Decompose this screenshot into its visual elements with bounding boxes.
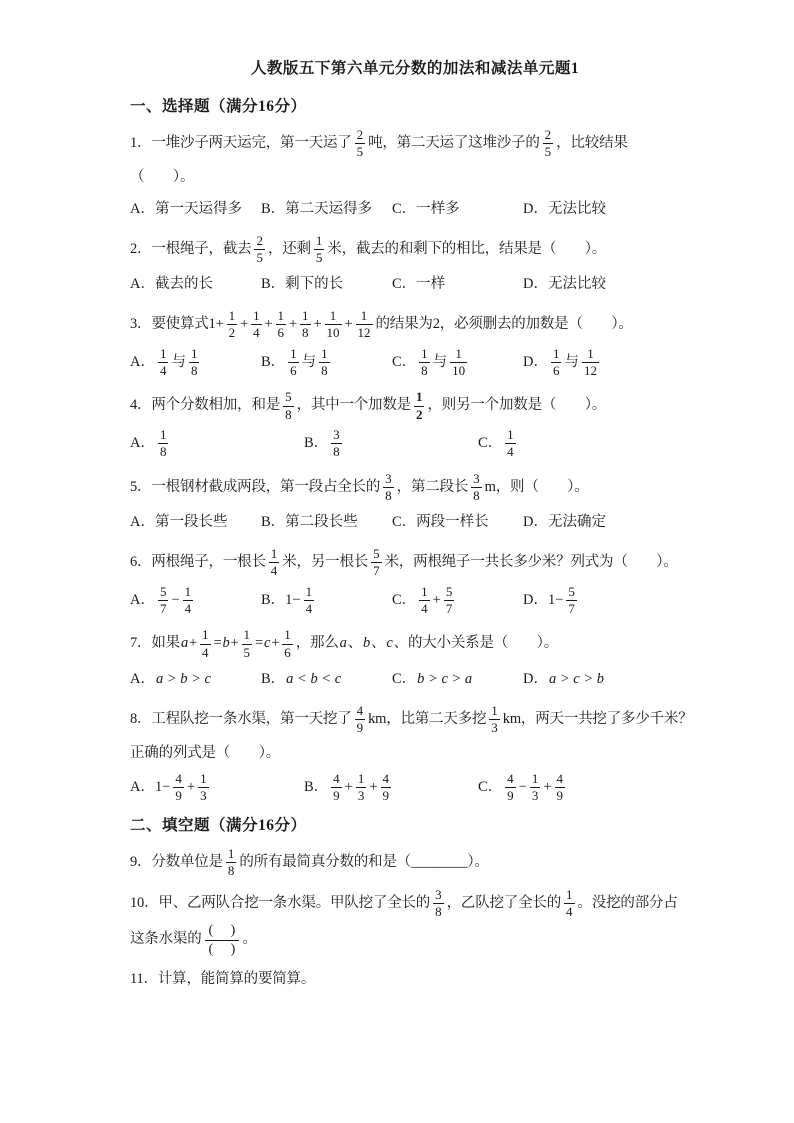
- fraction-denominator: 6: [276, 324, 287, 340]
- worksheet-content: 一、选择题（满分16分）1．一堆沙子两天运完，第一天运了25吨，第二天运了这堆沙…: [130, 94, 700, 994]
- fraction-numerator: 4: [381, 772, 392, 787]
- fraction: 14: [269, 547, 280, 579]
- option-label: A．: [130, 592, 155, 608]
- fraction-denominator: 5: [314, 249, 325, 265]
- option-label: D．: [523, 276, 548, 292]
- math-variable: b: [362, 635, 371, 651]
- fraction-numerator: 4: [173, 772, 184, 787]
- page-title: 人教版五下第六单元分数的加法和减法单元题1: [130, 56, 700, 78]
- option-label: B．: [304, 779, 328, 795]
- fraction: 18: [158, 428, 169, 460]
- option-C: C．14+57: [392, 583, 523, 619]
- fraction: 38: [383, 472, 394, 504]
- option-label: C．: [478, 435, 502, 451]
- fraction-numerator: 1: [288, 347, 299, 362]
- fraction: 13: [356, 772, 367, 804]
- fraction-numerator: 1: [450, 347, 467, 362]
- text-run: 9．分数单位是: [130, 854, 223, 870]
- fraction-denominator: 7: [566, 600, 577, 616]
- math-variable: a > c > b: [548, 671, 605, 687]
- fraction: 14: [183, 585, 194, 617]
- fraction-denominator: 6: [282, 644, 293, 660]
- text-run: ，第二段长: [397, 479, 469, 495]
- math-variable: a: [339, 635, 348, 651]
- text-run: ，其中一个加数是: [297, 398, 411, 414]
- question-line: 9．分数单位是18的所有最简真分数的和是（________）。: [130, 845, 700, 881]
- fraction-denominator: 9: [555, 787, 566, 803]
- text-run: ，还剩: [268, 241, 311, 257]
- option-label: C．: [478, 779, 502, 795]
- fraction: 12: [227, 309, 238, 341]
- fraction-denominator: 8: [189, 362, 200, 378]
- option-label: C．: [392, 514, 416, 530]
- fraction: 14: [200, 628, 211, 660]
- question-line: 7．如果a+14=b+15=c+16，那么a、b、c、的大小关系是（ ）。: [130, 626, 700, 662]
- question-9: 9．分数单位是18的所有最简真分数的和是（________）。: [130, 845, 700, 881]
- fraction: 18: [419, 347, 430, 379]
- fraction-numerator: 1: [419, 585, 430, 600]
- text-run: 无法确定: [548, 514, 606, 530]
- question-line: 这条水渠的( )( )。: [130, 921, 700, 959]
- option-label: C．: [392, 354, 416, 370]
- fraction-numerator: 1: [183, 585, 194, 600]
- text-run: 吨，第二天运了这堆沙子的: [368, 135, 540, 151]
- text-run: 与: [564, 354, 579, 370]
- fraction-denominator: 8: [383, 487, 394, 503]
- text-run: 与: [433, 354, 448, 370]
- fraction-numerator: 4: [505, 772, 516, 787]
- fraction: 49: [173, 772, 184, 804]
- fraction-numerator: 1: [325, 309, 342, 324]
- worksheet-page: 人教版五下第六单元分数的加法和减法单元题1 一、选择题（满分16分）1．一堆沙子…: [0, 0, 794, 1123]
- fraction-numerator: 1: [189, 347, 200, 362]
- question-line: 2．一根绳子，截去25，还剩15米，截去的和剩下的相比，结果是（ ）。: [130, 232, 700, 268]
- option-D: D．16与112: [523, 345, 602, 381]
- fraction: 14: [251, 309, 262, 341]
- option-label: A．: [130, 276, 155, 292]
- option-B: B．第二段长些: [261, 507, 392, 537]
- fraction: 13: [489, 704, 500, 736]
- fraction: 18: [226, 847, 237, 879]
- question-line: 1．一堆沙子两天运完，第一天运了25吨，第二天运了这堆沙子的25，比较结果: [130, 126, 700, 162]
- fraction-denominator: 5: [242, 644, 253, 660]
- option-A: A．a > b > c: [130, 664, 261, 694]
- fraction-denominator: 8: [319, 362, 330, 378]
- text-run: +: [345, 316, 353, 332]
- math-variable: a < b < c: [285, 671, 342, 687]
- question-6: 6．两根绳子，一根长14米，另一根长57米，两根绳子一共长多少米？列式为（ ）。…: [130, 545, 700, 618]
- section-heading-1: 一、选择题（满分16分）: [130, 94, 700, 116]
- text-run: km，比第二天多挖: [368, 711, 486, 727]
- fraction: 18: [300, 309, 311, 341]
- text-run: 这条水渠的: [130, 932, 202, 948]
- question-line: 10．甲、乙两队合挖一条水渠。甲队挖了全长的38，乙队挖了全长的14。没挖的部分…: [130, 886, 700, 922]
- option-C: C．14: [478, 426, 519, 462]
- question-line: 正确的列式是（ ）。: [130, 738, 700, 768]
- option-label: B．: [261, 276, 285, 292]
- option-label: A．: [130, 671, 155, 687]
- text-run: ，比较结果: [556, 135, 628, 151]
- options-row: A．57−14B．1−14C．14+57D．1−57: [130, 583, 700, 619]
- fraction-denominator: 4: [269, 562, 280, 578]
- fraction: 18: [319, 347, 330, 379]
- text-run: −: [171, 592, 179, 608]
- fraction: 57: [158, 585, 169, 617]
- text-run: +: [231, 635, 239, 651]
- fraction-denominator: 8: [471, 487, 482, 503]
- fraction: 13: [530, 772, 541, 804]
- fraction-denominator: 4: [564, 903, 575, 919]
- fraction: 112: [582, 347, 599, 379]
- fraction-denominator: 4: [200, 644, 211, 660]
- text-run: ，则另一个加数是（ ）。: [427, 398, 606, 414]
- fraction-numerator: 1: [282, 628, 293, 643]
- text-run: 。没挖的部分占: [578, 895, 678, 911]
- text-run: +: [189, 635, 197, 651]
- fraction-denominator: 8: [331, 443, 342, 459]
- fraction-denominator: 9: [381, 787, 392, 803]
- text-run: 。: [242, 932, 256, 948]
- text-run: 第一段长些: [155, 514, 228, 530]
- fraction-denominator: 3: [530, 787, 541, 803]
- text-run: 第二天运得多: [285, 201, 372, 217]
- option-label: B．: [261, 354, 285, 370]
- fraction-denominator: 5: [543, 143, 554, 159]
- fraction-denominator: 9: [505, 787, 516, 803]
- option-C: C．一样多: [392, 194, 523, 224]
- option-B: B．a < b < c: [261, 664, 392, 694]
- text-run: 两段一样长: [416, 514, 489, 530]
- fraction: 38: [433, 888, 444, 920]
- fraction-denominator: 7: [158, 600, 169, 616]
- text-run: 无法比较: [548, 276, 606, 292]
- fraction-numerator: 4: [331, 772, 342, 787]
- text-run: ，乙队挖了全长的: [447, 895, 561, 911]
- options-row: A．18B．38C．14: [130, 426, 700, 462]
- option-B: B．第二天运得多: [261, 194, 392, 224]
- fraction-numerator: 1: [314, 234, 325, 249]
- fraction-denominator: 5: [254, 249, 265, 265]
- text-run: +: [265, 316, 273, 332]
- fraction-denominator: 3: [489, 719, 500, 735]
- question-line: 8．工程队挖一条水渠，第一天挖了49km，比第二天多挖13km，两天一共挖了多少…: [130, 702, 700, 738]
- fraction-numerator: 2: [543, 128, 554, 143]
- fraction-numerator: 3: [471, 472, 482, 487]
- fraction-numerator: 1: [414, 390, 425, 405]
- fraction-denominator: 10: [450, 362, 467, 378]
- fraction-numerator: 1: [158, 347, 169, 362]
- text-run: 一样多: [416, 201, 460, 217]
- option-D: D．无法比较: [523, 194, 606, 224]
- fraction-numerator: 1: [356, 309, 373, 324]
- fraction: 57: [566, 585, 577, 617]
- fraction: 25: [355, 128, 366, 160]
- option-A: A．18: [130, 426, 304, 462]
- fraction-denominator: 8: [433, 903, 444, 919]
- option-label: B．: [261, 671, 285, 687]
- option-label: B．: [304, 435, 328, 451]
- option-label: C．: [392, 671, 416, 687]
- option-A: A．截去的长: [130, 269, 261, 299]
- fraction: 16: [282, 628, 293, 660]
- fraction-numerator: 1: [419, 347, 430, 362]
- question-line: 4．两个分数相加，和是58，其中一个加数是12，则另一个加数是（ ）。: [130, 388, 700, 424]
- fraction: 25: [254, 234, 265, 266]
- option-label: D．: [523, 592, 548, 608]
- fraction-numerator: 1: [200, 628, 211, 643]
- option-label: A．: [130, 779, 155, 795]
- text-run: +: [289, 316, 297, 332]
- text-run: =: [255, 635, 263, 651]
- fraction-denominator: 12: [582, 362, 599, 378]
- option-label: A．: [130, 354, 155, 370]
- fraction-denominator: 9: [173, 787, 184, 803]
- option-A: A．第一天运得多: [130, 194, 261, 224]
- option-B: B．49+13+49: [304, 770, 478, 806]
- fraction: 38: [331, 428, 342, 460]
- fraction-numerator: 1: [505, 428, 516, 443]
- text-run: +: [187, 779, 195, 795]
- option-label: C．: [392, 276, 416, 292]
- option-label: D．: [523, 671, 548, 687]
- fraction-numerator: 1: [276, 309, 287, 324]
- fraction-numerator: 1: [300, 309, 311, 324]
- fraction: ( )( ): [205, 923, 240, 957]
- question-line: 11．计算，能简算的要简算。: [130, 964, 700, 994]
- text-run: 11．计算，能简算的要简算。: [130, 971, 315, 987]
- fraction-numerator: 1: [582, 347, 599, 362]
- text-run: +: [314, 316, 322, 332]
- option-label: D．: [523, 514, 548, 530]
- option-B: B．38: [304, 426, 478, 462]
- fraction: 49: [381, 772, 392, 804]
- text-run: 1．一堆沙子两天运完，第一天运了: [130, 135, 352, 151]
- fraction: 12: [414, 390, 425, 422]
- fraction-numerator: 4: [355, 704, 366, 719]
- option-C: C．一样: [392, 269, 523, 299]
- fraction-denominator: 8: [158, 443, 169, 459]
- option-D: D．无法比较: [523, 269, 606, 299]
- fraction-numerator: 1: [551, 347, 562, 362]
- option-label: A．: [130, 201, 155, 217]
- fraction-numerator: 4: [555, 772, 566, 787]
- fraction: 110: [450, 347, 467, 379]
- question-line: 5．一根钢材截成两段，第一段占全长的38，第二段长38m，则（ ）。: [130, 470, 700, 506]
- option-label: B．: [261, 514, 285, 530]
- text-run: +: [369, 779, 377, 795]
- fraction-denominator: 4: [304, 600, 315, 616]
- fraction: 16: [276, 309, 287, 341]
- text-run: 1−: [548, 592, 563, 608]
- text-run: （ ）。: [130, 169, 194, 185]
- fraction-numerator: 2: [254, 234, 265, 249]
- option-B: B．1−14: [261, 583, 392, 619]
- option-A: A．1−49+13: [130, 770, 304, 806]
- text-run: 一样: [416, 276, 445, 292]
- text-run: km，两天一共挖了多少千米？: [503, 711, 693, 727]
- option-label: C．: [392, 592, 416, 608]
- fraction-denominator: 6: [288, 362, 299, 378]
- text-run: 、: [371, 635, 385, 651]
- fraction-denominator: 4: [505, 443, 516, 459]
- question-10: 10．甲、乙两队合挖一条水渠。甲队挖了全长的38，乙队挖了全长的14。没挖的部分…: [130, 886, 700, 959]
- option-label: B．: [261, 201, 285, 217]
- fraction-denominator: 2: [227, 324, 238, 340]
- option-label: B．: [261, 592, 285, 608]
- fraction-numerator: 2: [355, 128, 366, 143]
- fraction-denominator: 3: [198, 787, 209, 803]
- fraction: 14: [564, 888, 575, 920]
- section-heading-2: 二、填空题（满分16分）: [130, 813, 700, 835]
- fraction-denominator: 8: [283, 406, 294, 422]
- fraction: 49: [355, 704, 366, 736]
- text-run: 1−: [285, 592, 300, 608]
- fraction-numerator: 1: [304, 585, 315, 600]
- question-3: 3．要使算式1+12+14+16+18+110+112的结果为2，必须删去的加数…: [130, 307, 700, 380]
- option-D: D．1−57: [523, 583, 580, 619]
- options-row: A．第一段长些B．第二段长些C．两段一样长D．无法确定: [130, 507, 700, 537]
- option-D: D．无法确定: [523, 507, 606, 537]
- fraction-numerator: 5: [566, 585, 577, 600]
- text-run: +: [543, 779, 551, 795]
- fraction: 58: [283, 390, 294, 422]
- options-row: A．1−49+13B．49+13+49C．49−13+49: [130, 770, 700, 806]
- fraction: 110: [325, 309, 342, 341]
- fraction: 38: [471, 472, 482, 504]
- text-run: 第一天运得多: [155, 201, 242, 217]
- fraction-denominator: 7: [444, 600, 455, 616]
- question-line: 3．要使算式1+12+14+16+18+110+112的结果为2，必须删去的加数…: [130, 307, 700, 343]
- question-1: 1．一堆沙子两天运完，第一天运了25吨，第二天运了这堆沙子的25，比较结果（ ）…: [130, 126, 700, 224]
- option-B: B．16与18: [261, 345, 392, 381]
- text-run: 6．两根绳子，一根长: [130, 554, 266, 570]
- fraction: 25: [543, 128, 554, 160]
- fraction-numerator: 3: [383, 472, 394, 487]
- question-2: 2．一根绳子，截去25，还剩15米，截去的和剩下的相比，结果是（ ）。A．截去的…: [130, 232, 700, 300]
- options-row: A．a > b > cB．a < b < cC．b > c > aD．a > c…: [130, 664, 700, 694]
- fraction: 14: [158, 347, 169, 379]
- option-A: A．14与18: [130, 345, 261, 381]
- fraction-denominator: 8: [300, 324, 311, 340]
- fraction-denominator: 10: [325, 324, 342, 340]
- fraction: 14: [505, 428, 516, 460]
- math-variable: b: [221, 635, 230, 651]
- fraction: 13: [198, 772, 209, 804]
- fraction-numerator: 5: [371, 547, 382, 562]
- options-row: A．14与18B．16与18C．18与110D．16与112: [130, 345, 700, 381]
- text-run: 8．工程队挖一条水渠，第一天挖了: [130, 711, 352, 727]
- text-run: +: [271, 635, 279, 651]
- text-run: 7．如果: [130, 635, 180, 651]
- fraction-numerator: 1: [319, 347, 330, 362]
- text-run: 、: [348, 635, 362, 651]
- fraction-denominator: 4: [419, 600, 430, 616]
- text-run: m，则（ ）。: [485, 479, 589, 495]
- fraction-numerator: 5: [444, 585, 455, 600]
- text-run: 10．甲、乙两队合挖一条水渠。甲队挖了全长的: [130, 895, 430, 911]
- question-5: 5．一根钢材截成两段，第一段占全长的38，第二段长38m，则（ ）。A．第一段长…: [130, 470, 700, 538]
- option-C: C．两段一样长: [392, 507, 523, 537]
- fraction: 14: [304, 585, 315, 617]
- text-run: 、的大小关系是（ ）。: [394, 635, 558, 651]
- fraction-denominator: 2: [414, 406, 425, 422]
- fraction-denominator: 4: [251, 324, 262, 340]
- fraction-denominator: 6: [551, 362, 562, 378]
- text-run: +: [433, 592, 441, 608]
- question-8: 8．工程队挖一条水渠，第一天挖了49km，比第二天多挖13km，两天一共挖了多少…: [130, 702, 700, 805]
- fraction: 15: [314, 234, 325, 266]
- math-variable: b > c > a: [416, 671, 473, 687]
- fraction-numerator: 1: [158, 428, 169, 443]
- fraction-numerator: 3: [433, 888, 444, 903]
- fraction-numerator: 5: [283, 390, 294, 405]
- text-run: −: [519, 779, 527, 795]
- options-row: A．第一天运得多B．第二天运得多C．一样多D．无法比较: [130, 194, 700, 224]
- text-run: 5．一根钢材截成两段，第一段占全长的: [130, 479, 380, 495]
- fraction-denominator: ( ): [205, 940, 240, 957]
- fraction-denominator: 5: [355, 143, 366, 159]
- option-A: A．第一段长些: [130, 507, 261, 537]
- text-run: 无法比较: [548, 201, 606, 217]
- text-run: 截去的长: [155, 276, 213, 292]
- fraction-numerator: 1: [356, 772, 367, 787]
- fraction-denominator: 3: [356, 787, 367, 803]
- fraction-denominator: 4: [183, 600, 194, 616]
- text-run: +: [345, 779, 353, 795]
- fraction: 14: [419, 585, 430, 617]
- text-run: 4．两个分数相加，和是: [130, 398, 280, 414]
- math-variable: c: [385, 635, 393, 651]
- fraction: 57: [444, 585, 455, 617]
- option-D: D．a > c > b: [523, 664, 605, 694]
- text-run: 的结果为2，必须删去的加数是（ ）。: [376, 316, 633, 332]
- option-label: D．: [523, 354, 548, 370]
- fraction: 16: [551, 347, 562, 379]
- option-A: A．57−14: [130, 583, 261, 619]
- fraction-numerator: 1: [489, 704, 500, 719]
- math-variable: a > b > c: [155, 671, 212, 687]
- option-C: C．49−13+49: [478, 770, 568, 806]
- fraction-denominator: 4: [158, 362, 169, 378]
- options-row: A．截去的长B．剩下的长C．一样D．无法比较: [130, 269, 700, 299]
- text-run: ，那么: [296, 635, 339, 651]
- fraction: 49: [331, 772, 342, 804]
- fraction-numerator: 1: [530, 772, 541, 787]
- text-run: 的所有最简真分数的和是（________）。: [239, 854, 488, 870]
- math-variable: a: [180, 635, 189, 651]
- fraction-denominator: 8: [419, 362, 430, 378]
- fraction-denominator: 9: [331, 787, 342, 803]
- fraction: 49: [505, 772, 516, 804]
- text-run: 第二段长些: [285, 514, 358, 530]
- option-label: C．: [392, 201, 416, 217]
- fraction-numerator: 3: [331, 428, 342, 443]
- text-run: 与: [302, 354, 317, 370]
- fraction: 112: [356, 309, 373, 341]
- fraction-numerator: 1: [198, 772, 209, 787]
- question-7: 7．如果a+14=b+15=c+16，那么a、b、c、的大小关系是（ ）。A．a…: [130, 626, 700, 694]
- fraction-denominator: 8: [226, 862, 237, 878]
- fraction-denominator: 9: [355, 719, 366, 735]
- text-run: 米，截去的和剩下的相比，结果是（ ）。: [327, 241, 606, 257]
- fraction-numerator: 1: [564, 888, 575, 903]
- fraction-numerator: 1: [227, 309, 238, 324]
- text-run: 剩下的长: [285, 276, 343, 292]
- fraction-numerator: 1: [242, 628, 253, 643]
- fraction: 57: [371, 547, 382, 579]
- fraction-denominator: 7: [371, 562, 382, 578]
- question-line: 6．两根绳子，一根长14米，另一根长57米，两根绳子一共长多少米？列式为（ ）。: [130, 545, 700, 581]
